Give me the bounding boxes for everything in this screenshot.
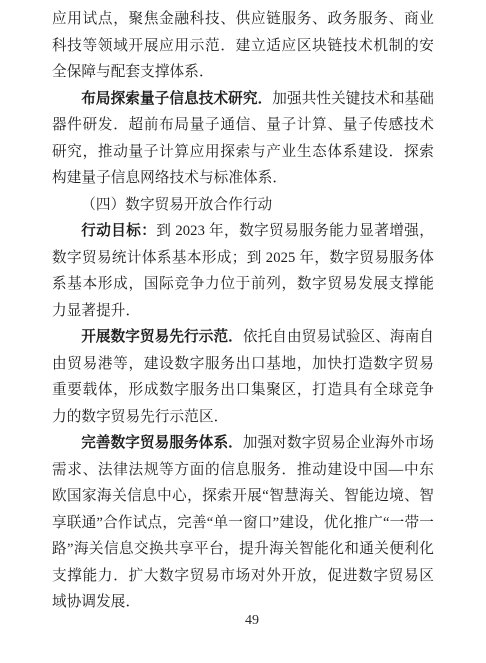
paragraph-lead-bold: 完善数字贸易服务体系． [81, 435, 243, 451]
paragraph: 布局探索量子信息技术研究．加强共性关键技术和基础器件研发．超前布局量子通信、量子… [52, 86, 434, 192]
document-page: 应用试点，聚焦金融科技、供应链服务、政务服务、商业科技等领域开展应用示范．建立适… [0, 0, 486, 663]
section-heading: （四）数字贸易开放合作行动 [52, 192, 434, 219]
paragraph-lead-bold: 布局探索量子信息技术研究． [81, 91, 272, 107]
paragraph: 行动目标：到 2023 年，数字贸易服务能力显著增强，数字贸易统计体系基本形成；… [52, 218, 434, 324]
document-text-block: 应用试点，聚焦金融科技、供应链服务、政务服务、商业科技等领域开展应用示范．建立适… [52, 6, 434, 616]
paragraph: 应用试点，聚焦金融科技、供应链服务、政务服务、商业科技等领域开展应用示范．建立适… [52, 6, 434, 86]
paragraph-lead-bold: 行动目标： [81, 223, 156, 239]
paragraph-text: （四）数字贸易开放合作行动 [81, 197, 272, 213]
paragraph-lead-bold: 开展数字贸易先行示范． [81, 329, 243, 345]
paragraph-text: 加强对数字贸易企业海外市场需求、法律法规等方面的信息服务．推动建设中国—中东欧国… [52, 435, 434, 610]
paragraph-text: 应用试点，聚焦金融科技、供应链服务、政务服务、商业科技等领域开展应用示范．建立适… [52, 11, 434, 80]
page-number: 49 [52, 612, 452, 630]
paragraph: 完善数字贸易服务体系．加强对数字贸易企业海外市场需求、法律法规等方面的信息服务．… [52, 430, 434, 616]
paragraph: 开展数字贸易先行示范．依托自由贸易试验区、海南自由贸易港等，建设数字服务出口基地… [52, 324, 434, 430]
